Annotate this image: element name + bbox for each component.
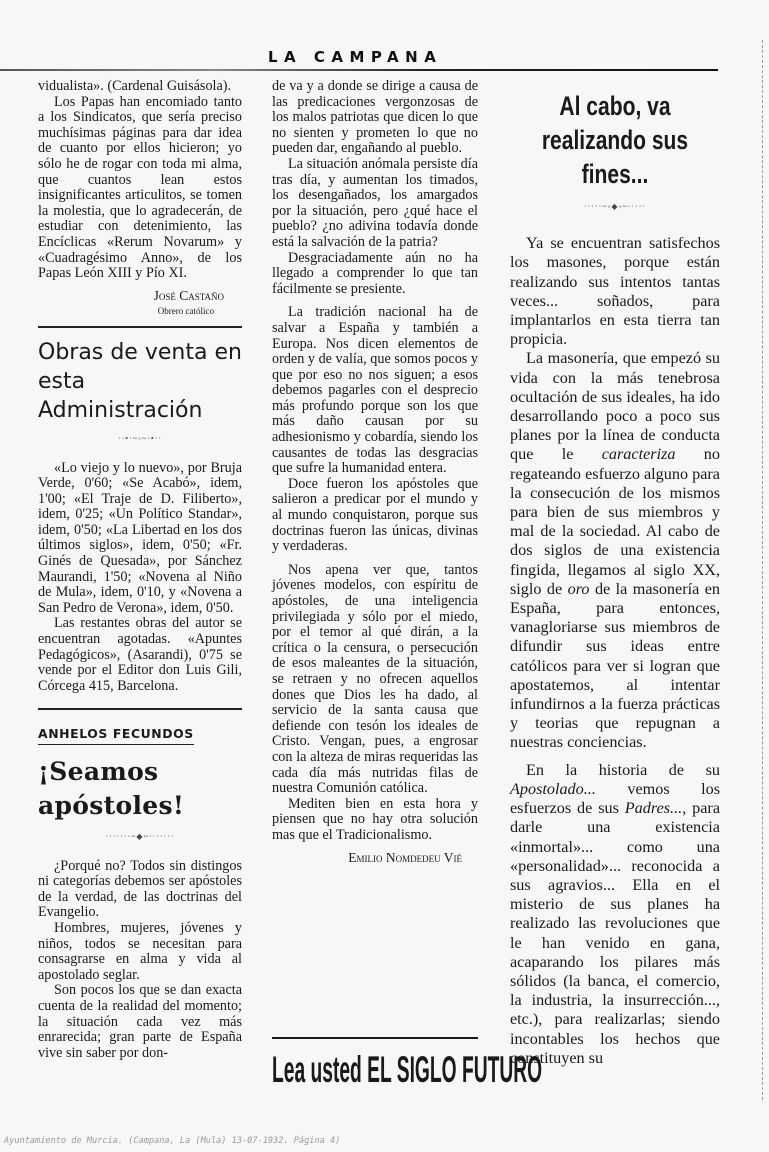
- ornament-divider-icon: ··•·~◦~·•··: [38, 431, 242, 447]
- page-edge: [762, 40, 764, 1100]
- column-middle: de va y a donde se dirige a causa de las…: [272, 79, 478, 865]
- archive-caption: Ayuntamiento de Murcia. (Campana, La (Mu…: [4, 1136, 340, 1146]
- article-paragraph: Nos apena ver que, tantos jóvenes modelo…: [272, 563, 478, 797]
- sales-paragraph: «Lo viejo y lo nuevo», por Bruja Verde, …: [38, 461, 242, 617]
- article-paragraph: Desgraciadamente aún no ha llegado a com…: [272, 251, 478, 298]
- article-paragraph: Son pocos los que se dan exacta cuenta d…: [38, 983, 242, 1061]
- masthead-rule: [0, 69, 718, 71]
- article-paragraph: de va y a donde se dirige a causa de las…: [272, 79, 478, 157]
- article-kicker: ANHELOS FECUNDOS: [38, 726, 194, 745]
- article-paragraph: En la historia de su Apostolado... vemos…: [510, 761, 720, 1068]
- article-paragraph: La tradición nacional ha de salvar a Esp…: [272, 305, 478, 477]
- sales-paragraph: Las restantes obras del autor se encuent…: [38, 616, 242, 694]
- article-paragraph: Los Papas han encomiado tanto a los Sind…: [38, 95, 242, 282]
- author-signature: Emilio Nomdedeu Vié: [272, 850, 478, 866]
- column-right: Al cabo, va realizando sus fines... ····…: [510, 79, 720, 1068]
- section-divider: [38, 708, 242, 710]
- masthead-title: LA CAMPANA: [268, 48, 442, 66]
- article-paragraph: Doce fueron los apóstoles que salieron a…: [272, 477, 478, 555]
- article-continuation: vidualista». (Cardenal Guisásola).: [38, 79, 242, 95]
- article-paragraph: Mediten bien en esta hora y piensen que …: [272, 797, 478, 844]
- sales-heading: Obras de venta en esta Administración: [38, 338, 242, 425]
- article-heading: ¡Seamos apóstoles!: [38, 755, 242, 823]
- advertisement: Lea usted EL SIGLO FUTURO: [272, 1050, 480, 1090]
- article-paragraph: La masonería, que empezó su vida con la …: [510, 349, 720, 752]
- ornament-divider-icon: ·····~◦◆◦~·····: [510, 197, 720, 216]
- section-divider: [38, 326, 242, 328]
- section-divider: [272, 1037, 478, 1039]
- article-paragraph: ¿Porqué no? Todos sin distingos ni categ…: [38, 859, 242, 921]
- article-paragraph: Hombres, mujeres, jóvenes y niños, todos…: [38, 921, 242, 983]
- article-paragraph: La situación anómala persiste día tras d…: [272, 157, 478, 251]
- author-signature: José Castaño: [38, 288, 242, 304]
- ornament-divider-icon: ·······~◆~·······: [38, 829, 242, 845]
- column-left: vidualista». (Cardenal Guisásola). Los P…: [38, 79, 242, 1061]
- article-paragraph: Ya se encuentran satisfechos los masones…: [510, 234, 720, 349]
- author-role: Obrero católico: [38, 304, 242, 320]
- article-heading: Al cabo, va realizando sus fines...: [518, 89, 713, 191]
